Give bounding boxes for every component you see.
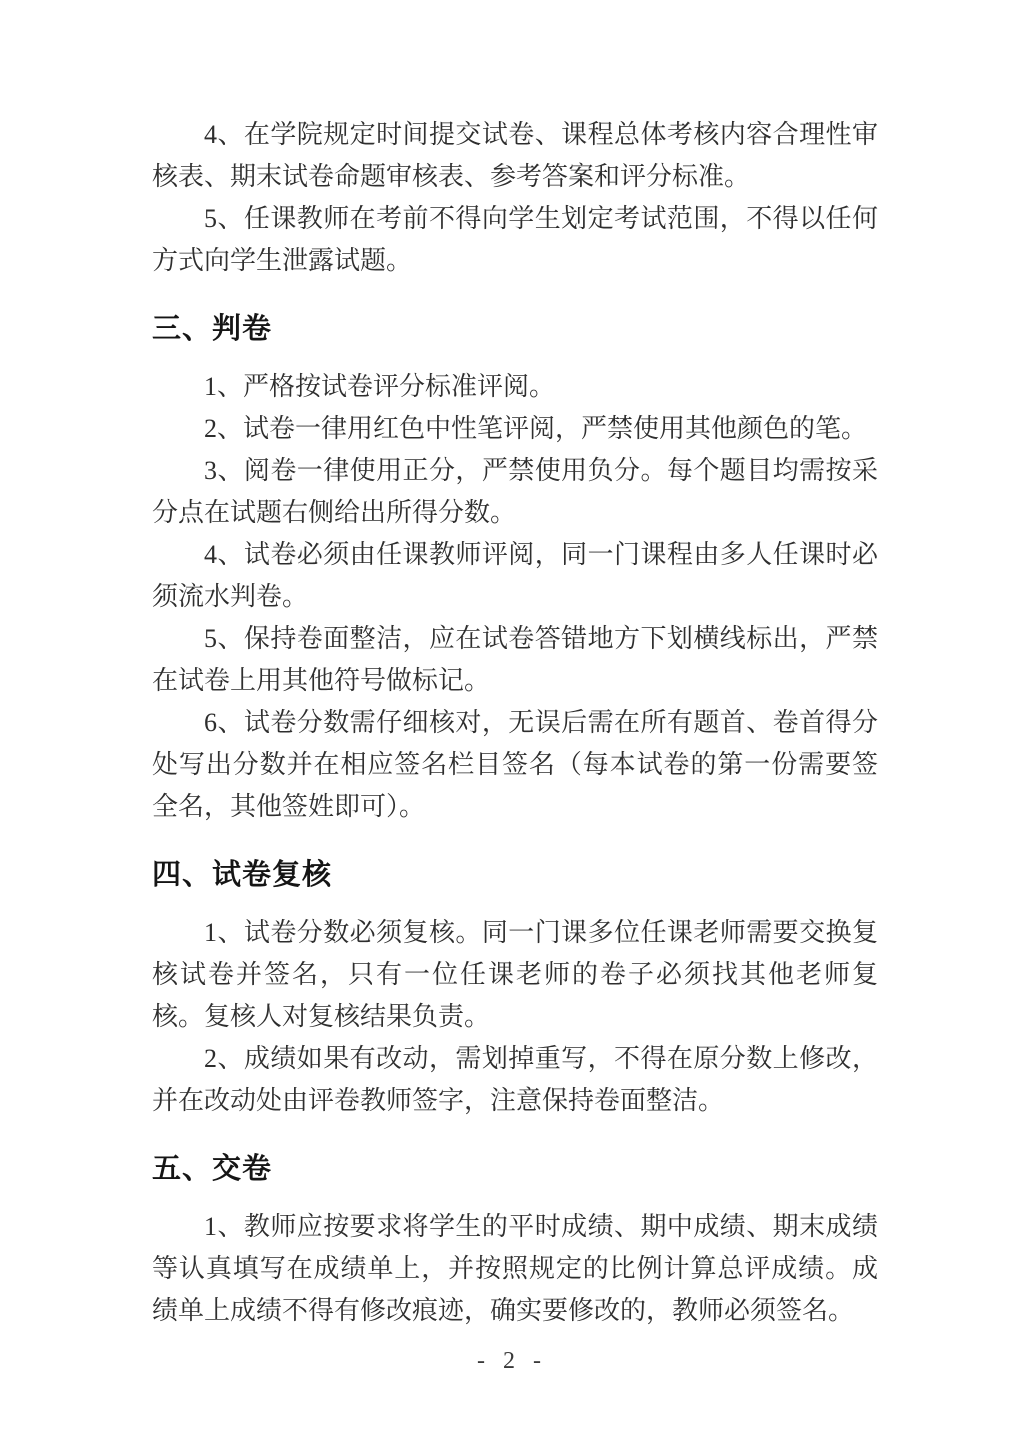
paragraph-grading-3: 3、阅卷一律使用正分，严禁使用负分。每个题目均需按采分点在试题右侧给出所得分数。	[152, 450, 878, 534]
paragraph-review-1: 1、试卷分数必须复核。同一门课多位任课老师需要交换复核试卷并签名，只有一位任课老…	[152, 912, 878, 1038]
paragraph-item-4: 4、在学院规定时间提交试卷、课程总体考核内容合理性审核表、期末试卷命题审核表、参…	[152, 114, 878, 198]
paragraph-grading-5: 5、保持卷面整洁，应在试卷答错地方下划横线标出，严禁在试卷上用其他符号做标记。	[152, 618, 878, 702]
section-heading-grading: 三、判卷	[152, 308, 878, 350]
paragraph-grading-6: 6、试卷分数需仔细核对，无误后需在所有题首、卷首得分处写出分数并在相应签名栏目签…	[152, 702, 878, 828]
paragraph-submission-1: 1、教师应按要求将学生的平时成绩、期中成绩、期末成绩等认真填写在成绩单上，并按照…	[152, 1206, 878, 1332]
page-content: 4、在学院规定时间提交试卷、课程总体考核内容合理性审核表、期末试卷命题审核表、参…	[152, 114, 878, 1332]
paragraph-review-2: 2、成绩如果有改动，需划掉重写，不得在原分数上修改，并在改动处由评卷教师签字，注…	[152, 1038, 878, 1122]
paragraph-grading-4: 4、试卷必须由任课教师评阅，同一门课程由多人任课时必须流水判卷。	[152, 534, 878, 618]
paragraph-grading-2: 2、试卷一律用红色中性笔评阅，严禁使用其他颜色的笔。	[152, 408, 878, 450]
paragraph-item-5: 5、任课教师在考前不得向学生划定考试范围，不得以任何方式向学生泄露试题。	[152, 198, 878, 282]
section-heading-submission: 五、交卷	[152, 1148, 878, 1190]
section-heading-review: 四、试卷复核	[152, 854, 878, 896]
document-page: 4、在学院规定时间提交试卷、课程总体考核内容合理性审核表、期末试卷命题审核表、参…	[0, 0, 1024, 1448]
page-number: - 2 -	[0, 1348, 1024, 1375]
paragraph-grading-1: 1、严格按试卷评分标准评阅。	[152, 366, 878, 408]
